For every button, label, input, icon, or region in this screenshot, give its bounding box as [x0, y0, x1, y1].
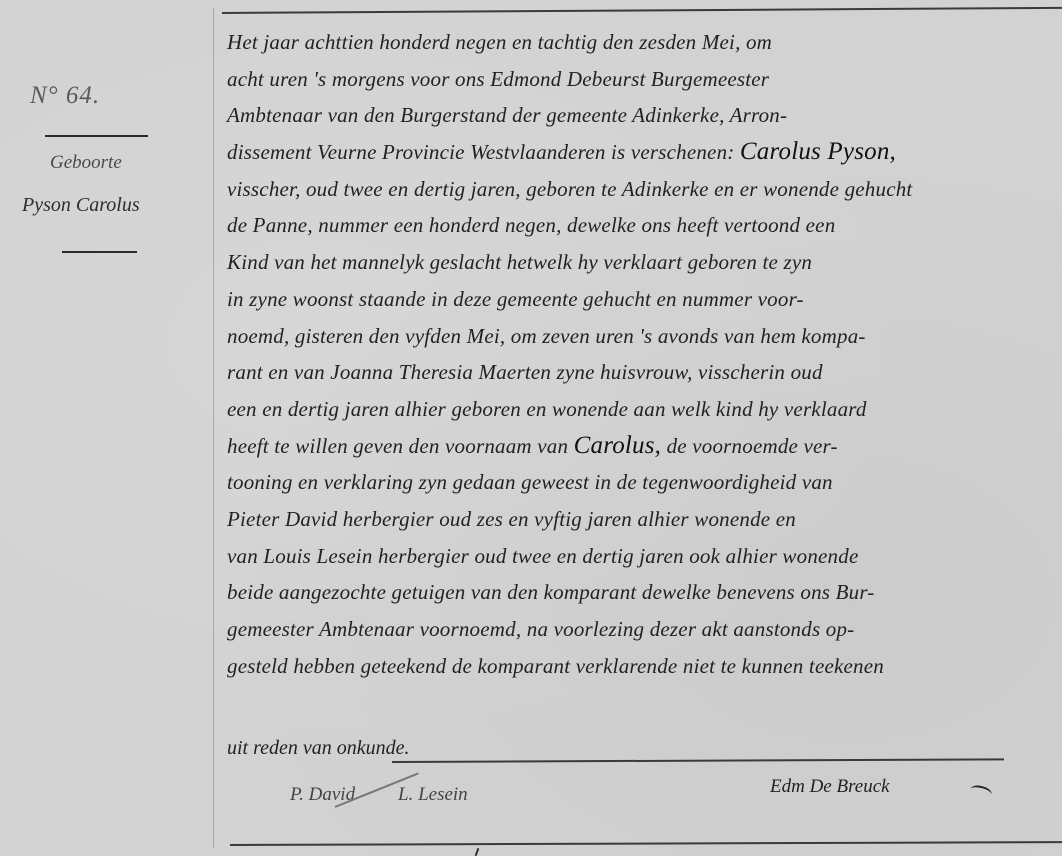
- text-line: gesteld hebben geteekend de komparant ve…: [227, 648, 1047, 685]
- record-subject-name: Pyson Carolus: [22, 194, 140, 217]
- line-text: een en dertig jaren alhier geboren en wo…: [227, 397, 867, 421]
- text-line: Kind van het mannelyk geslacht hetwelk h…: [227, 244, 1047, 281]
- text-line: beide aangezochte getuigen van den kompa…: [227, 574, 1047, 611]
- line-text: Het jaar achttien honderd negen en tacht…: [227, 30, 772, 54]
- line-text: heeft te willen geven den voornaam van: [227, 434, 568, 458]
- line-text: dissement Veurne Provincie Westvlaandere…: [227, 140, 734, 164]
- text-line: rant en van Joanna Theresia Maerten zyne…: [227, 354, 1047, 391]
- record-type-label: Geboorte: [50, 152, 122, 174]
- declarant-name: Carolus Pyson,: [740, 138, 896, 165]
- text-line: dissement Veurne Provincie Westvlaandere…: [227, 134, 1047, 171]
- text-line: tooning en verklaring zyn gedaan geweest…: [227, 464, 1047, 501]
- margin-divider: [62, 251, 137, 253]
- margin-vertical-rule: [213, 8, 214, 848]
- text-line: van Louis Lesein herbergier oud twee en …: [227, 538, 1047, 575]
- text-line: visscher, oud twee en dertig jaren, gebo…: [227, 171, 1047, 208]
- line-text: noemd, gisteren den vyfden Mei, om zeven…: [227, 324, 866, 348]
- text-line: een en dertig jaren alhier geboren en wo…: [227, 391, 1047, 428]
- text-line: de Panne, nummer een honderd negen, dewe…: [227, 207, 1047, 244]
- line-text: van Louis Lesein herbergier oud twee en …: [227, 544, 858, 568]
- line-text: tooning en verklaring zyn gedaan geweest…: [227, 470, 833, 494]
- line-text: rant en van Joanna Theresia Maerten zyne…: [227, 360, 823, 384]
- record-body: Het jaar achttien honderd negen en tacht…: [227, 24, 1047, 684]
- child-given-name: Carolus,: [574, 432, 662, 459]
- line-text: Kind van het mannelyk geslacht hetwelk h…: [227, 250, 812, 274]
- text-line: gemeester Ambtenaar voornoemd, na voorle…: [227, 611, 1047, 648]
- text-line: Pieter David herbergier oud zes en vyfti…: [227, 501, 1047, 538]
- record-number: N° 64.: [30, 82, 100, 110]
- line-text: in zyne woonst staande in deze gemeente …: [227, 287, 804, 311]
- line-text: Pieter David herbergier oud zes en vyfti…: [227, 507, 796, 531]
- text-line: acht uren 's morgens voor ons Edmond Deb…: [227, 61, 1047, 98]
- line-text: de Panne, nummer een honderd negen, dewe…: [227, 213, 835, 237]
- text-line: Het jaar achttien honderd negen en tacht…: [227, 24, 1047, 61]
- line-text: beide aangezochte getuigen van den kompa…: [227, 580, 874, 604]
- line-text: gemeester Ambtenaar voornoemd, na voorle…: [227, 617, 854, 641]
- witness-signature-lesein: L. Lesein: [398, 784, 468, 806]
- closing-line: uit reden van onkunde.: [227, 737, 410, 760]
- margin-divider: [45, 135, 148, 137]
- line-text: gesteld hebben geteekend de komparant ve…: [227, 654, 884, 678]
- line-text: de voornoemde ver-: [667, 434, 838, 458]
- line-text: acht uren 's morgens voor ons Edmond Deb…: [227, 67, 769, 91]
- text-line: in zyne woonst staande in deze gemeente …: [227, 281, 1047, 318]
- line-text: visscher, oud twee en dertig jaren, gebo…: [227, 177, 912, 201]
- line-text: Ambtenaar van den Burgerstand der gemeen…: [227, 103, 787, 127]
- margin-column: N° 64. Geboorte Pyson Carolus: [0, 0, 212, 856]
- text-line: noemd, gisteren den vyfden Mei, om zeven…: [227, 318, 1047, 355]
- text-line: Ambtenaar van den Burgerstand der gemeen…: [227, 97, 1047, 134]
- text-line: heeft te willen geven den voornaam van C…: [227, 428, 1047, 465]
- official-signature: Edm De Breuck: [770, 776, 890, 798]
